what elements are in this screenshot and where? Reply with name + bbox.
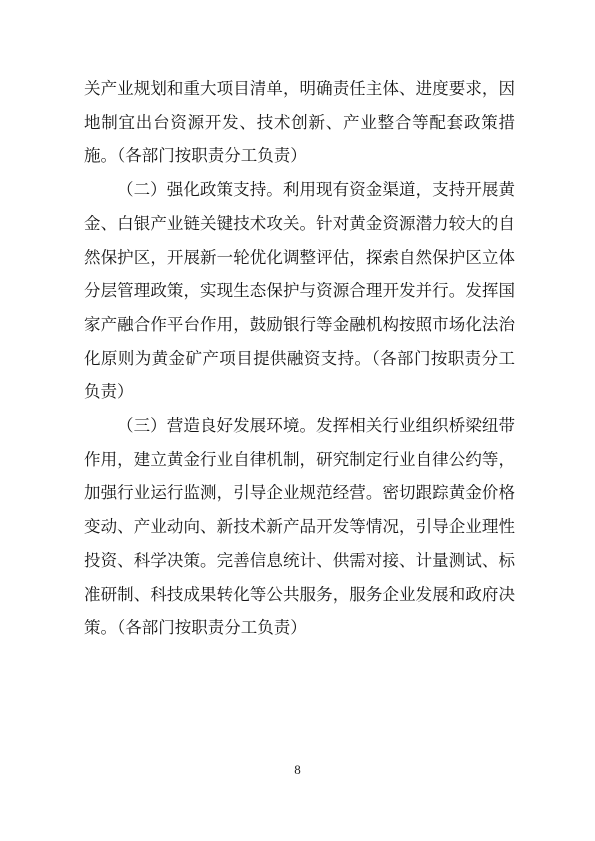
- paragraph-continuation: 关产业规划和重大项目清单，明确责任主体、进度要求，因地制宜出台资源开发、技术创新…: [84, 72, 515, 173]
- document-body: 关产业规划和重大项目清单，明确责任主体、进度要求，因地制宜出台资源开发、技术创新…: [84, 72, 515, 645]
- paragraph-section-2: （二）强化政策支持。利用现有资金渠道，支持开展黄金、白银产业链关键技术攻关。针对…: [84, 173, 515, 409]
- page-number: 8: [0, 762, 595, 778]
- paragraph-section-3: （三）营造良好发展环境。发挥相关行业组织桥梁纽带作用，建立黄金行业自律机制，研究…: [84, 409, 515, 645]
- document-page: 关产业规划和重大项目清单，明确责任主体、进度要求，因地制宜出台资源开发、技术创新…: [0, 0, 595, 841]
